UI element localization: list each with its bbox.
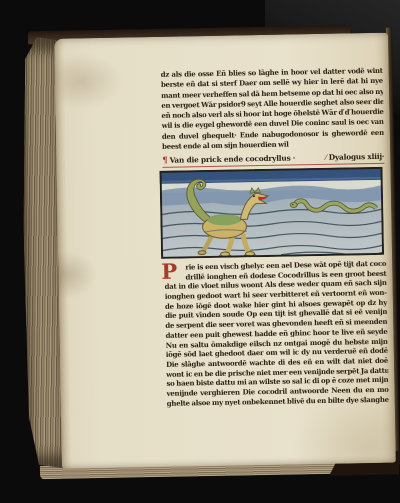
page: dz als die osse Eñ blies so lāghe in hoo… (54, 33, 396, 469)
eel-head (290, 202, 297, 207)
paragraph-1: dz als die osse Eñ blies so lāghe in hoo… (161, 66, 384, 152)
heading-chapter: Dyalogus xliij· (329, 152, 385, 162)
heading-title: Van die prick ende cocodryllus · (169, 153, 295, 164)
crocodile-woodcut-illustration (160, 167, 385, 259)
scan-background: dz als die osse Eñ blies so lāghe in hoo… (0, 0, 400, 503)
section-mark-icon: ⁄ (325, 153, 326, 162)
paragraph-2: rie is een visch ghelyc een ael Dese wāt… (164, 259, 389, 408)
heading-right: ⁄ Dyalogus xliij· (325, 152, 384, 162)
book: dz als die osse Eñ blies so lāghe in hoo… (20, 23, 400, 482)
heading-left: ¶Van die prick ende cocodryllus · (162, 153, 295, 165)
pilcrow-icon: ¶ (162, 155, 167, 165)
initial-capital: P (161, 261, 177, 282)
